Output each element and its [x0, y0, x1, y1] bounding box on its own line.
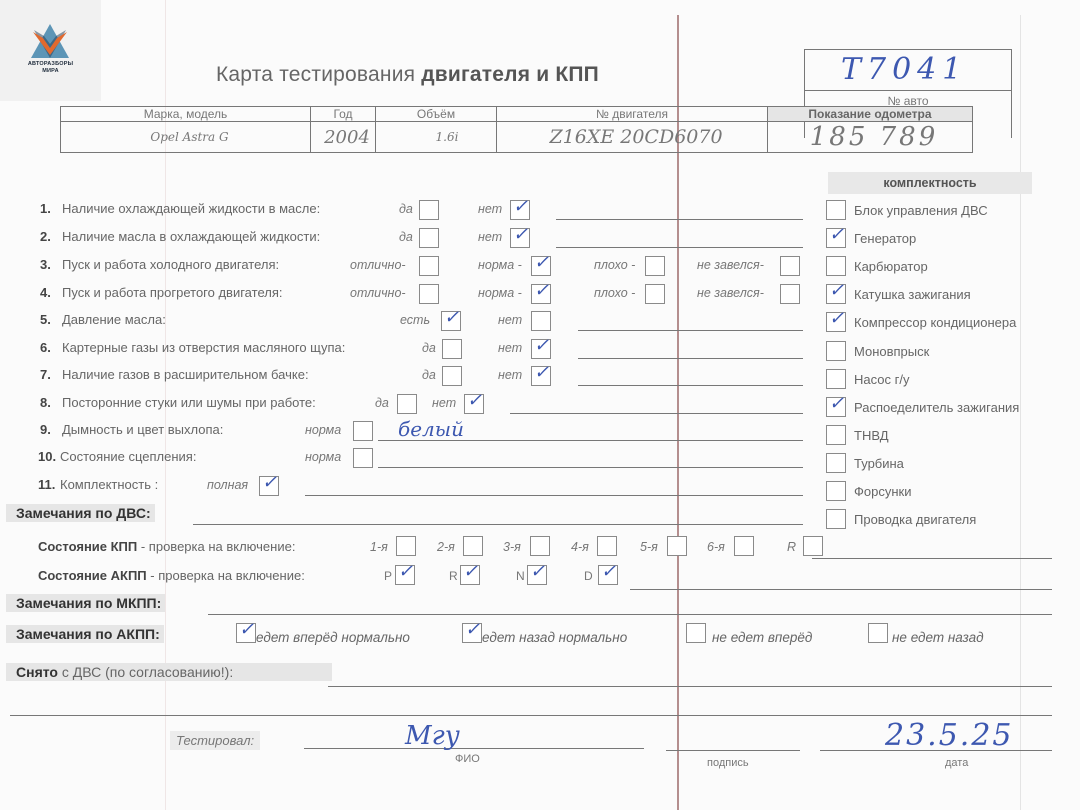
- akpp-remark-checkbox[interactable]: [868, 623, 888, 643]
- gear-label: R: [787, 540, 796, 554]
- logo-line1: АВТОРАЗБОРЫ: [0, 61, 101, 67]
- akpp-remark-checkbox[interactable]: [686, 623, 706, 643]
- question-number: 6.: [40, 340, 51, 355]
- option-checkbox[interactable]: [442, 366, 462, 386]
- option-label: да: [375, 396, 389, 410]
- question-text: Комплектность :: [60, 477, 158, 492]
- question-number: 1.: [40, 201, 51, 216]
- kit-checkbox[interactable]: [826, 425, 846, 445]
- kit-item-label: Проводка двигателя: [854, 512, 976, 527]
- question-number: 10.: [38, 449, 56, 464]
- option-label: не завелся-: [697, 258, 764, 272]
- option-label: полная: [207, 478, 248, 492]
- option-label: есть: [400, 313, 430, 327]
- kit-item-label: Насос г/у: [854, 372, 909, 387]
- kit-item-label: Катушка зажигания: [854, 287, 971, 302]
- option-checkbox[interactable]: [780, 256, 800, 276]
- question-number: 7.: [40, 367, 51, 382]
- handwritten-check-icon: ✓: [467, 392, 482, 410]
- question-number: 5.: [40, 312, 51, 327]
- option-label: норма: [305, 423, 341, 437]
- handwritten-check-icon: ✓: [239, 621, 254, 639]
- date-value: 23.5.25: [885, 720, 1014, 752]
- handwritten-check-icon: ✓: [534, 254, 549, 272]
- question-number: 3.: [40, 257, 51, 272]
- auto-gear-label: P: [384, 569, 392, 583]
- auto-gearbox-line: [630, 589, 1052, 590]
- question-text: Дымность и цвет выхлопа:: [62, 422, 223, 437]
- col-volume: Объём: [376, 107, 497, 122]
- paper-fold-right: [1020, 15, 1021, 810]
- option-checkbox[interactable]: [353, 448, 373, 468]
- option-checkbox[interactable]: [419, 256, 439, 276]
- kit-item-label: Блок управления ДВС: [854, 203, 988, 218]
- gear-checkbox[interactable]: [803, 536, 823, 556]
- option-label: да: [399, 202, 413, 216]
- col-year: Год: [311, 107, 376, 122]
- remarks-engine-label: Замечания по ДВС:: [6, 504, 155, 522]
- auto-gear-label: N: [516, 569, 525, 583]
- option-checkbox[interactable]: [419, 228, 439, 248]
- fio-caption: ФИО: [455, 753, 480, 765]
- kit-item-label: Генератор: [854, 231, 916, 246]
- question-text: Наличие масла в охлаждающей жидкости:: [62, 229, 320, 244]
- question-number: 9.: [40, 422, 51, 437]
- remarks-engine-line: [193, 524, 803, 525]
- gear-label: 5-я: [640, 540, 658, 554]
- signature-line: [666, 750, 800, 751]
- handwritten-check-icon: ✓: [262, 474, 277, 492]
- akpp-remark-label: едет назад нормально: [482, 630, 627, 645]
- option-label: нет: [478, 230, 502, 244]
- question-text: Посторонние стуки или шумы при работе:: [62, 395, 316, 410]
- question-number: 2.: [40, 229, 51, 244]
- kit-item-label: Турбина: [854, 456, 904, 471]
- gear-checkbox[interactable]: [530, 536, 550, 556]
- handwritten-check-icon: ✓: [534, 337, 549, 355]
- option-label: норма: [305, 450, 341, 464]
- gear-label: 6-я: [707, 540, 725, 554]
- question-text: Наличие охлаждающей жидкости в масле:: [62, 201, 320, 216]
- option-label: нет: [478, 202, 502, 216]
- kit-item-label: ТНВД: [854, 428, 889, 443]
- handwritten-check-icon: ✓: [463, 563, 478, 581]
- kit-item-label: Распоеделитель зажигания: [854, 400, 1019, 415]
- kit-item-label: Карбюратор: [854, 259, 928, 274]
- remarks-manual-line: [208, 614, 1052, 615]
- kit-item-label: Компрессор кондиционера: [854, 315, 1016, 330]
- col-odometer: Показание одометра: [768, 107, 973, 122]
- year-value: 2004: [311, 122, 376, 153]
- kit-checkbox[interactable]: [826, 200, 846, 220]
- kit-checkbox[interactable]: [826, 341, 846, 361]
- option-label: да: [422, 341, 436, 355]
- question-number: 4.: [40, 285, 51, 300]
- gear-label: 2-я: [437, 540, 455, 554]
- vehicle-header-table: Марка, модель Год Объём № двигателя Пока…: [60, 106, 973, 153]
- option-label: норма -: [478, 258, 522, 272]
- answer-line: [578, 358, 803, 359]
- answer-line: [556, 219, 803, 220]
- removed-line-1: [328, 686, 1052, 687]
- make-model-value: Opel Astra G: [61, 122, 311, 153]
- question-number: 8.: [40, 395, 51, 410]
- remarks-auto-label: Замечания по АКПП:: [6, 625, 164, 643]
- option-label: нет: [498, 313, 522, 327]
- kit-checkbox[interactable]: [826, 481, 846, 501]
- option-checkbox[interactable]: [442, 339, 462, 359]
- option-checkbox[interactable]: [419, 200, 439, 220]
- option-label: нет: [432, 396, 456, 410]
- date-caption: дата: [945, 757, 968, 769]
- form-title: Карта тестирования двигателя и КПП: [216, 63, 599, 87]
- answer-line: [378, 467, 803, 468]
- company-logo: АВТОРАЗБОРЫ МИРА: [0, 0, 101, 101]
- option-label: отлично-: [350, 286, 406, 300]
- option-label: отлично-: [350, 258, 406, 272]
- handwritten-check-icon: ✓: [513, 226, 528, 244]
- question-text: Наличие газов в расширительном бачке:: [62, 367, 309, 382]
- option-label: норма -: [478, 286, 522, 300]
- gear-label: 4-я: [571, 540, 589, 554]
- kit-checkbox[interactable]: [826, 369, 846, 389]
- question-text: Состояние сцепления:: [60, 449, 196, 464]
- handwritten-check-icon: ✓: [398, 563, 413, 581]
- akpp-remark-label: едет вперёд нормально: [256, 630, 410, 645]
- option-checkbox[interactable]: [353, 421, 373, 441]
- gear-checkbox[interactable]: [667, 536, 687, 556]
- handwritten-check-icon: ✓: [534, 364, 549, 382]
- kit-section-title: комплектность: [828, 172, 1032, 194]
- exhaust-note: белый: [398, 420, 464, 438]
- removed-line-2: [10, 715, 1052, 716]
- tested-by-label: Тестировал:: [170, 731, 260, 750]
- gear-label: 3-я: [503, 540, 521, 554]
- manual-gearbox-label: Состояние КПП - проверка на включение:: [38, 539, 295, 554]
- option-label: да: [399, 230, 413, 244]
- answer-line: [578, 330, 803, 331]
- option-label: плохо -: [594, 258, 635, 272]
- handwritten-check-icon: ✓: [601, 563, 616, 581]
- question-text: Пуск и работа холодного двигателя:: [62, 257, 279, 272]
- option-checkbox[interactable]: [419, 284, 439, 304]
- engine-number-value: Z16XE 20CD6070: [497, 122, 768, 153]
- akpp-remark-label: не едет назад: [892, 630, 984, 645]
- handwritten-check-icon: ✓: [534, 282, 549, 300]
- auto-gearbox-label: Состояние АКПП - проверка на включение:: [38, 568, 305, 583]
- answer-line: [510, 413, 803, 414]
- handwritten-check-icon: ✓: [829, 395, 844, 413]
- manual-gearbox-line: [812, 558, 1052, 559]
- handwritten-check-icon: ✓: [513, 198, 528, 216]
- handwritten-check-icon: ✓: [829, 282, 844, 300]
- option-label: плохо -: [594, 286, 635, 300]
- option-label: не завелся-: [697, 286, 764, 300]
- question-number: 11.: [38, 477, 55, 492]
- question-text: Картерные газы из отверстия масляного щу…: [62, 340, 345, 355]
- kit-checkbox[interactable]: [826, 453, 846, 473]
- option-label: да: [422, 368, 436, 382]
- question-text: Давление масла:: [62, 312, 166, 327]
- handwritten-check-icon: ✓: [829, 226, 844, 244]
- gear-checkbox[interactable]: [396, 536, 416, 556]
- option-checkbox[interactable]: [645, 284, 665, 304]
- kit-item-label: Моновпрыск: [854, 344, 929, 359]
- question-text: Пуск и работа прогретого двигателя:: [62, 285, 282, 300]
- option-label: нет: [498, 341, 522, 355]
- remarks-manual-label: Замечания по МКПП:: [6, 594, 165, 612]
- answer-line: [305, 495, 803, 496]
- answer-line: [578, 385, 803, 386]
- gear-checkbox[interactable]: [597, 536, 617, 556]
- volume-value: 1.6i: [376, 122, 497, 153]
- odometer-value: 185 789: [768, 122, 973, 153]
- logo-line2: МИРА: [0, 68, 101, 74]
- option-checkbox[interactable]: [645, 256, 665, 276]
- kit-item-label: Форсунки: [854, 484, 911, 499]
- answer-line: [556, 247, 803, 248]
- auto-number-value: T7041: [841, 52, 967, 87]
- removed-parts-label: Снято с ДВС (по согласованию!):: [6, 663, 332, 681]
- auto-gear-label: D: [584, 569, 593, 583]
- option-checkbox[interactable]: [531, 311, 551, 331]
- gear-checkbox[interactable]: [463, 536, 483, 556]
- signature-caption: подпись: [707, 757, 749, 769]
- option-checkbox[interactable]: [397, 394, 417, 414]
- col-make-model: Марка, модель: [61, 107, 311, 122]
- col-engine-number: № двигателя: [497, 107, 768, 122]
- logo-mark-icon: [0, 0, 101, 70]
- gear-label: 1-я: [370, 540, 388, 554]
- fio-line: [304, 748, 644, 749]
- option-label: нет: [498, 368, 522, 382]
- fio-value: Мгу: [405, 722, 460, 750]
- kit-checkbox[interactable]: [826, 256, 846, 276]
- gear-checkbox[interactable]: [734, 536, 754, 556]
- option-checkbox[interactable]: [780, 284, 800, 304]
- auto-gear-label: R: [449, 569, 458, 583]
- handwritten-check-icon: ✓: [530, 563, 545, 581]
- akpp-remark-label: не едет вперёд: [712, 630, 812, 645]
- handwritten-check-icon: ✓: [465, 621, 480, 639]
- handwritten-check-icon: ✓: [829, 310, 844, 328]
- handwritten-check-icon: ✓: [444, 309, 459, 327]
- kit-checkbox[interactable]: [826, 509, 846, 529]
